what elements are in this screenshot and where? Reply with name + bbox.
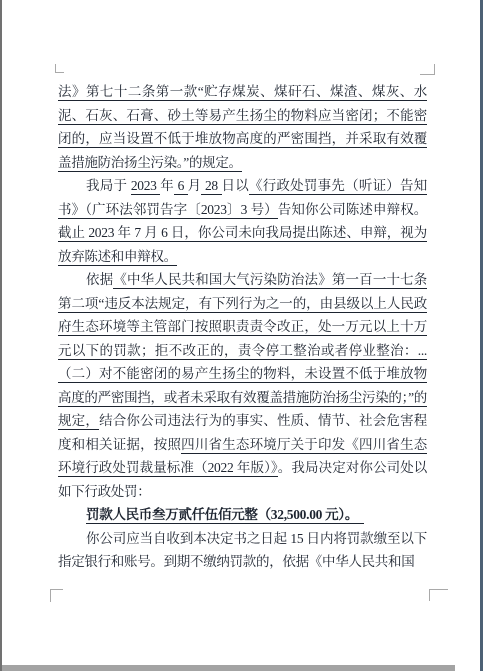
paragraph[interactable]: 我局于 2023 年 6 月 28 日以《行政处罚事先（听证）告知书》（广环法邻… [58,174,427,268]
page-bottom-gutter [2,665,455,671]
margin-crop-mark-top-right-icon [420,64,435,75]
text-segment: 日以 [222,178,249,193]
text-segment: 你公司应当自收到本决定书之日起 15 日内将罚款缴至以下指定银行和账号。到期不缴… [58,531,427,570]
text-segment: 28 [201,178,221,195]
paragraph[interactable]: 法》第七十二条第一款“贮存煤炭、煤矸石、煤渣、煤灰、水泥、石灰、石膏、砂土等易产… [58,80,427,174]
text-segment: 法》第七十二条第一款“贮存煤炭、煤矸石、煤渣、煤灰、水泥、石灰、石膏、砂土等易产… [58,84,427,172]
text-segment: 《中华人民共和国大气污染防治法》第一百一十七条第二项“违反本法规定，有下列行为之… [58,272,427,430]
paragraph[interactable]: 你公司应当自收到本决定书之日起 15 日内将罚款缴至以下指定银行和账号。到期不缴… [58,527,427,574]
text-segment: 6 [174,178,188,195]
text-segment: 告知你公司陈述申辩权。 [278,202,427,217]
document-page[interactable]: 法》第七十二条第一款“贮存煤炭、煤矸石、煤渣、煤灰、水泥、石灰、石膏、砂土等易产… [0,0,483,671]
text-segment: 我局于 [86,178,131,193]
margin-crop-mark-bottom-right-icon [429,589,448,601]
text-segment: 月 [188,178,202,193]
text-segment: 依据 [86,272,113,287]
text-segment: 2023 [131,178,160,195]
margin-crop-mark-top-left-icon [55,64,64,73]
document-body-text[interactable]: 法》第七十二条第一款“贮存煤炭、煤矸石、煤渣、煤灰、水泥、石灰、石膏、砂土等易产… [58,80,427,574]
page-left-edge [0,0,2,671]
margin-crop-mark-bottom-left-icon [50,589,63,602]
screenshot-root: { "page": { "background": "#ffffff", "te… [0,0,483,671]
text-segment: 截止 2023 年 7 月 6 日，你公司未向我局提出陈述、申辩，视为放弃陈述和… [58,225,427,266]
text-segment: 罚款人民币叁万贰仟伍佰元整（32,500.00 元）。 [86,507,364,524]
paragraph[interactable]: 罚款人民币叁万贰仟伍佰元整（32,500.00 元）。 [58,503,427,527]
paragraph[interactable]: 依据《中华人民共和国大气污染防治法》第一百一十七条第二项“违反本法规定，有下列行… [58,268,427,503]
text-segment: 年 [160,178,174,193]
